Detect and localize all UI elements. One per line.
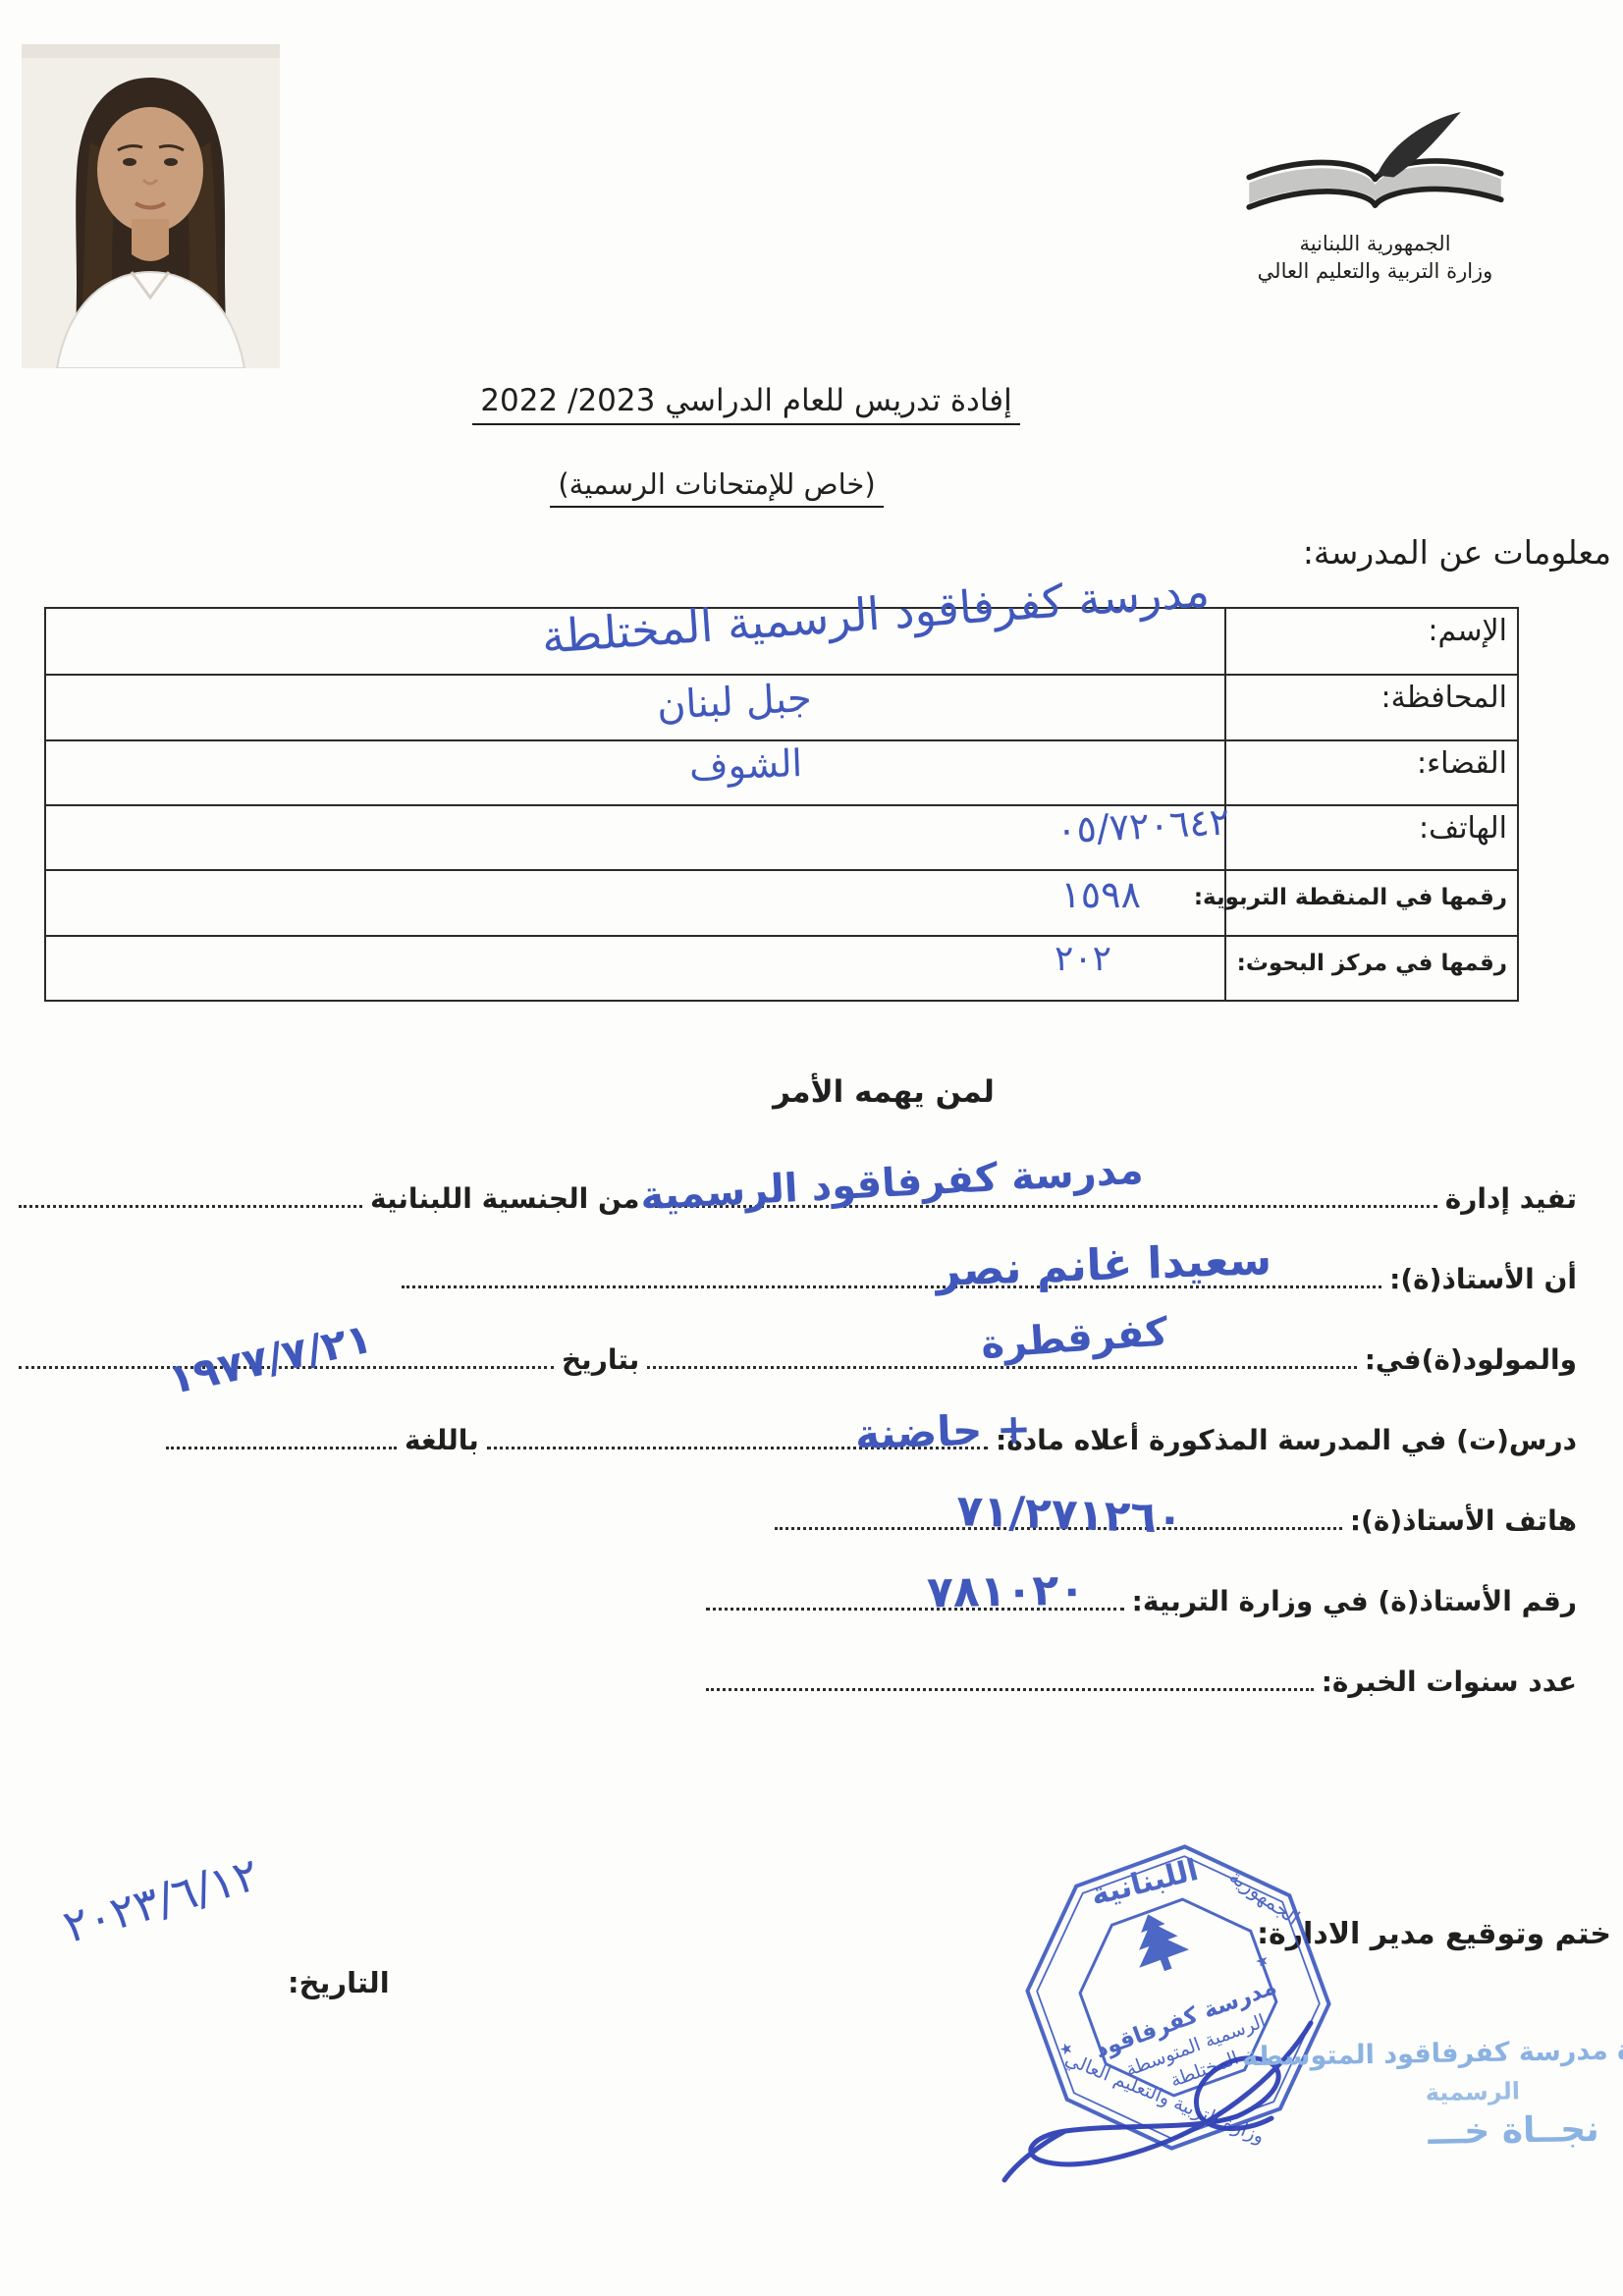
school-info-table: الإسم: مدرسة كفرفاقود الرسمية المختلطة ا… bbox=[44, 607, 1519, 1002]
dotted-line bbox=[706, 1684, 1314, 1691]
handwritten-teacher-phone: ٧١/٢٧١٢٦٠ bbox=[955, 1486, 1184, 1544]
line3-prefix: والمولود(ة)في: bbox=[1361, 1342, 1581, 1379]
letter-line-experience: عدد سنوات الخبرة: bbox=[15, 1620, 1581, 1701]
handwritten-birthplace: كفرقطرة bbox=[980, 1309, 1169, 1367]
handwritten-school-name: مدرسة كفرفاقود الرسمية المختلطة bbox=[540, 564, 1211, 663]
handwritten-subject: + حاضنة bbox=[854, 1404, 1032, 1458]
letter-line-ministry-number: رقم الأستاذ(ة) في وزارة التربية: ٧٨١٠٢٠ bbox=[15, 1540, 1581, 1620]
line5-prefix: هاتف الأستاذ(ة): bbox=[1346, 1503, 1581, 1540]
line7-prefix: عدد سنوات الخبرة: bbox=[1318, 1665, 1581, 1701]
table-row: الهاتف: ٠٥/٧٢٠٦٤٢ bbox=[46, 804, 1517, 869]
document-title: إفادة تدريس للعام الدراسي 2022 /2023 bbox=[353, 383, 1139, 418]
line1-suffix: من الجنسية اللبنانية bbox=[366, 1181, 644, 1218]
letter-line-teacher-name: أن الأستاذ(ة): سعيدا غانم نصر bbox=[15, 1218, 1581, 1298]
letter-line-teacher-phone: هاتف الأستاذ(ة): ٧١/٢٧١٢٦٠ bbox=[15, 1459, 1581, 1540]
table-row: الإسم: مدرسة كفرفاقود الرسمية المختلطة bbox=[46, 609, 1517, 674]
row-label-governorate: المحافظة: bbox=[1224, 676, 1517, 738]
stamp-star-right: ٭ bbox=[1250, 1944, 1273, 1977]
line6-prefix: رقم الأستاذ(ة) في وزارة التربية: bbox=[1128, 1584, 1581, 1620]
letter-line-subject: درس(ت) في المدرسة المذكورة أعلاه مادة: ب… bbox=[15, 1379, 1581, 1459]
scanned-teaching-certificate: الجمهورية اللبنانية وزارة التربية والتعل… bbox=[0, 0, 1623, 2296]
portrait-photo-illustration bbox=[22, 44, 280, 368]
letter-line-birth: والمولود(ة)في: بتاريخ كفرقطرة ١٩٧٧/٧/٢١ bbox=[15, 1298, 1581, 1379]
school-info-heading: معلومات عن المدرسة: bbox=[1303, 533, 1611, 572]
handwritten-research-center-number: ٢٠٢ bbox=[1055, 939, 1111, 979]
principal-stamp-line2: الرسمية bbox=[1162, 2074, 1623, 2110]
stamp-ring-right: الجمهورية bbox=[1225, 1864, 1305, 1929]
row-value-cell: مدرسة كفرفاقود الرسمية المختلطة bbox=[46, 609, 1224, 674]
row-value-cell: ٢٠٢ bbox=[46, 937, 1224, 1000]
letter-heading: لمن يهمه الأمر bbox=[687, 1074, 1080, 1110]
table-row: القضاء: الشوف bbox=[46, 739, 1517, 804]
principal-text-stamp: مديرة مدرسة كفرفاقود المتوسطة الرسمية نج… bbox=[1161, 2034, 1623, 2157]
row-value-cell: الشوف bbox=[46, 741, 1224, 804]
ministry-logo: الجمهورية اللبنانية وزارة التربية والتعل… bbox=[1235, 110, 1515, 283]
title-text: إفادة تدريس للعام الدراسي bbox=[665, 383, 1012, 418]
ministry-logo-line2: وزارة التربية والتعليم العالي bbox=[1235, 259, 1515, 283]
row-value-cell: جبل لبنان bbox=[46, 676, 1224, 738]
portrait-photo bbox=[22, 44, 280, 368]
handwritten-edu-district-number: ١٥٩٨ bbox=[1060, 873, 1141, 916]
line1-prefix: تفيد إدارة bbox=[1441, 1181, 1581, 1218]
document-subtitle: (خاص للإمتحانات الرسمية) bbox=[422, 467, 1011, 501]
row-label-edu-district-number: رقمها في المنقطة التربوية: bbox=[1224, 871, 1517, 934]
row-label-phone: الهاتف: bbox=[1224, 806, 1517, 869]
handwritten-district: الشوف bbox=[688, 741, 803, 789]
handwritten-date: ٢٠٢٣/٦/١٢ bbox=[58, 1847, 265, 1953]
handwritten-administration-name: مدرسة كفرفاقود الرسمية bbox=[640, 1148, 1145, 1220]
row-label-name: الإسم: bbox=[1224, 609, 1517, 674]
line3-mid: بتاريخ bbox=[558, 1342, 643, 1379]
table-row: رقمها في المنقطة التربوية: ١٥٩٨ bbox=[46, 869, 1517, 934]
row-label-district: القضاء: bbox=[1224, 741, 1517, 804]
academic-year: 2022 /2023 bbox=[480, 383, 655, 418]
table-row: المحافظة: جبل لبنان bbox=[46, 674, 1517, 738]
row-value-cell: ٠٥/٧٢٠٦٤٢ bbox=[46, 806, 1224, 869]
letter-line-administration: تفيد إدارة من الجنسية اللبنانية مدرسة كف… bbox=[15, 1137, 1581, 1218]
row-label-research-center-number: رقمها في مركز البحوث: bbox=[1224, 937, 1517, 1000]
dotted-line bbox=[19, 1201, 362, 1208]
line2-prefix: أن الأستاذ(ة): bbox=[1385, 1262, 1581, 1298]
table-row: رقمها في مركز البحوث: ٢٠٢ bbox=[46, 935, 1517, 1000]
ministry-logo-line1: الجمهورية اللبنانية bbox=[1235, 232, 1515, 255]
handwritten-governorate: جبل لبنان bbox=[656, 676, 813, 729]
principal-stamp-name: نجــاة خـــ bbox=[1162, 2107, 1623, 2157]
row-value-cell: ١٥٩٨ bbox=[46, 871, 1224, 934]
open-book-quill-icon bbox=[1235, 110, 1515, 226]
line4-prefix: درس(ت) في المدرسة المذكورة أعلاه مادة: bbox=[992, 1423, 1581, 1459]
subtitle-text: (خاص للإمتحانات الرسمية) bbox=[550, 467, 883, 508]
handwritten-school-phone: ٠٥/٧٢٠٦٤٢ bbox=[1055, 799, 1230, 851]
handwritten-ministry-number: ٧٨١٠٢٠ bbox=[926, 1565, 1085, 1618]
line4-suffix: باللغة bbox=[401, 1423, 483, 1459]
letter-body: تفيد إدارة من الجنسية اللبنانية مدرسة كف… bbox=[15, 1137, 1581, 1701]
dotted-line bbox=[166, 1443, 397, 1449]
date-label: التاريخ: bbox=[288, 1966, 390, 1999]
letter-heading-text: لمن يهمه الأمر bbox=[773, 1074, 995, 1110]
